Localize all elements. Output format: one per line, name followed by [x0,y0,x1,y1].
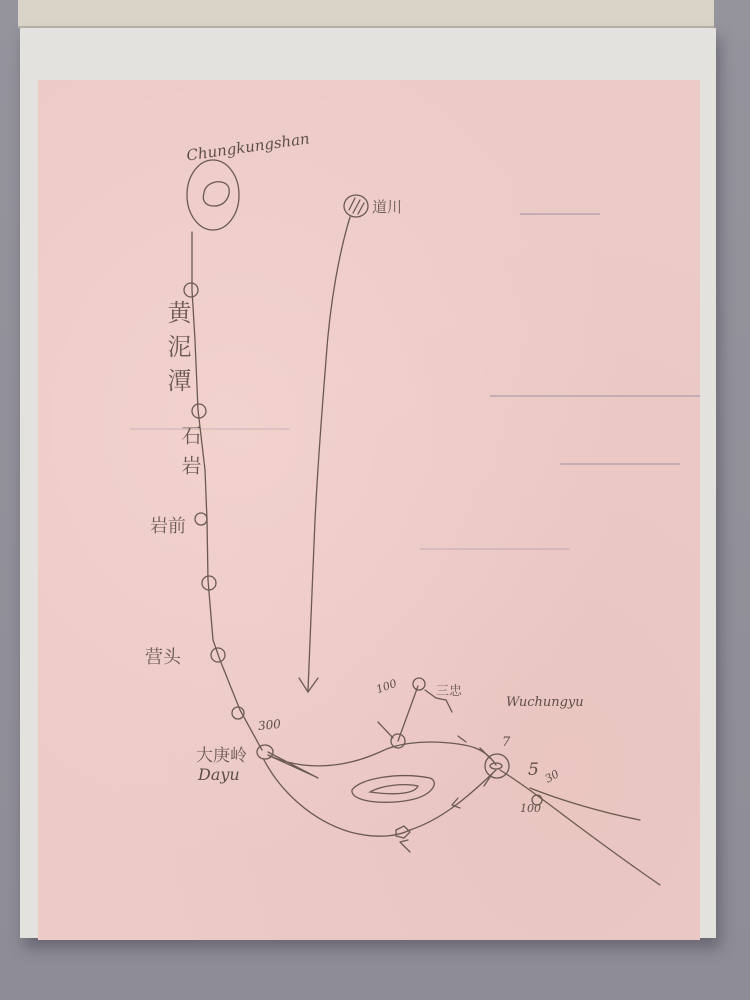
arrow-bottom [400,840,410,852]
map-ink [0,0,750,1000]
route-arrow [308,217,350,690]
daochuan-oval [344,195,368,217]
label-daochuan: 道川 [372,196,402,217]
label-shiyan: 石岩 [176,425,205,485]
label-dayu-cn: 大庚岭 [196,741,247,766]
label-wuchungyu-node: 7 [502,735,510,750]
node-sanzhong-top [413,678,425,690]
label-se-value: 100 [520,802,541,815]
label-huangnitan: 黄泥潭 [160,300,195,402]
label-sanzhong: 三忠 [436,680,462,699]
daochuan-hatch [349,198,364,214]
hatch-stroke [268,752,318,778]
node-wuchungyu-outer [485,754,509,778]
chungkungshan-inner [203,182,229,206]
label-dayu-value: 300 [257,717,281,733]
route-southeast-2 [530,788,640,820]
node-bottom [396,826,410,838]
chungkungshan-outer [187,160,239,230]
label-yanqian: 岩前 [150,512,186,538]
arrow-to-sanzhong [378,722,393,738]
label-dayu: Dayu [198,765,240,784]
valley-contour-inner [370,785,418,794]
label-yingtou: 营头 [145,643,181,669]
label-wuchungyu-number: 5 [528,760,539,780]
valley-contour-outer [352,776,434,803]
route-west [192,232,262,750]
valley-upper [268,742,496,766]
node-sanzhong-link [398,686,418,741]
node-yanqian [195,513,207,525]
label-wuchungyu: Wuchungyu [506,695,584,710]
route-southeast [500,770,660,885]
node-huangnitan [184,283,198,297]
valley-lower [264,760,496,836]
